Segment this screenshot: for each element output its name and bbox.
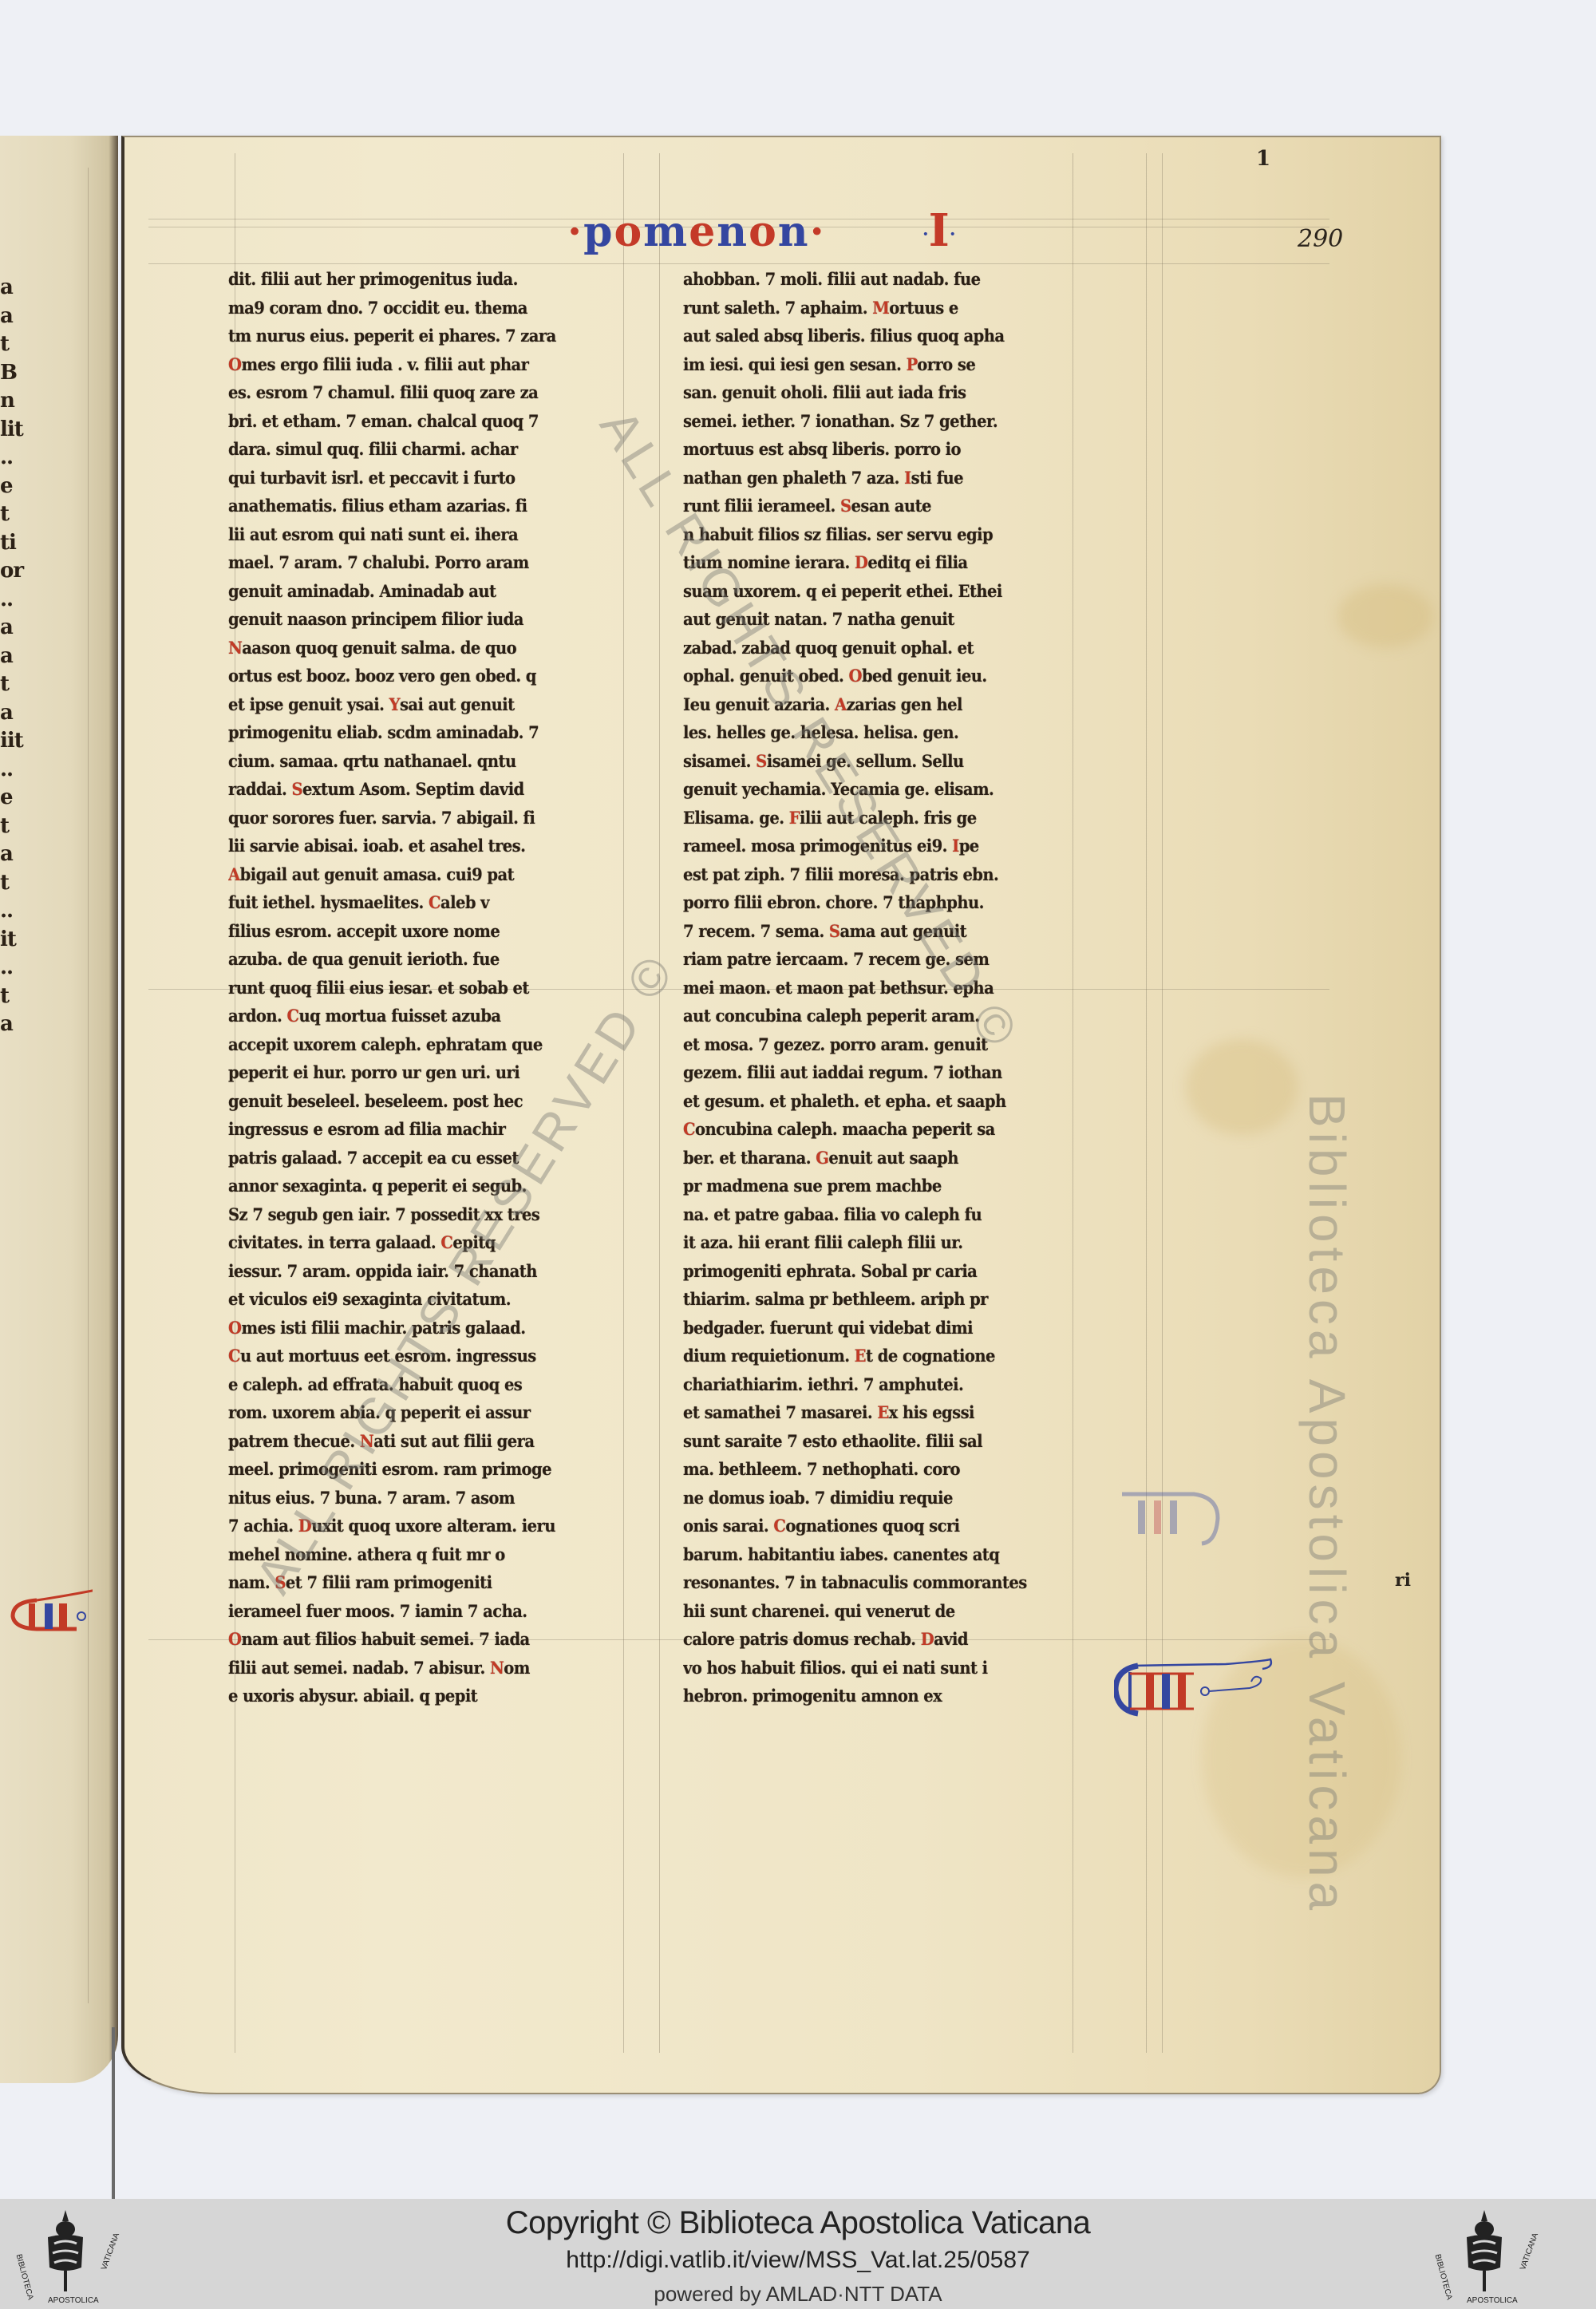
rubricated-letter: G	[816, 1148, 828, 1168]
rubricated-letter: Y	[389, 694, 400, 714]
manuscript-line: primogeniti ephrata. Sobal pr caria	[683, 1257, 1069, 1286]
rubricated-letter: E	[877, 1402, 888, 1422]
manuscript-line: riam patre iercaam. 7 recem ge. sem	[683, 945, 1069, 974]
manuscript-line: patrem thecue. Nati sut aut filii gera	[228, 1427, 614, 1456]
left-page-fragment: ..	[0, 899, 13, 923]
manuscript-line: fuit iethel. hysmaelites. Caleb v	[228, 888, 614, 917]
manuscript-line: genuit naason principem filior iuda	[228, 605, 614, 634]
rubricated-letter: S	[840, 496, 851, 516]
rubricated-letter: C	[683, 1119, 695, 1139]
running-title: ·pomenon·	[567, 208, 826, 256]
running-title-letter: n	[717, 208, 749, 256]
rubricated-letter: N	[490, 1658, 504, 1678]
running-title-letters: pomenon	[583, 208, 809, 256]
manuscript-line: runt quoq filii eius iesar. et sobab et	[228, 974, 614, 1002]
manuscript-line: it aza. hii erant filii caleph filii ur.	[683, 1228, 1069, 1257]
left-page-fragment: lit	[0, 417, 23, 441]
source-url[interactable]: http://digi.vatlib.it/view/MSS_Vat.lat.2…	[0, 2247, 1596, 2274]
manuscript-line: semei. iether. 7 ionathan. Sz 7 gether.	[683, 407, 1069, 436]
manuscript-line: sunt saraite 7 esto ethaolite. filii sal	[683, 1427, 1069, 1456]
left-page-fragment: t	[0, 871, 9, 895]
manuscript-line: onis sarai. Cognationes quoq scri	[683, 1512, 1069, 1540]
manuscript-line: pr madmena sue prem machbe	[683, 1172, 1069, 1200]
svg-text:APOSTOLICA: APOSTOLICA	[1467, 2296, 1518, 2305]
manuscript-line: na. et patre gabaa. filia vo caleph fu	[683, 1200, 1069, 1229]
left-page-fragment: or	[0, 559, 23, 583]
manuscript-line: vo hos habuit filios. qui ei nati sunt i	[683, 1654, 1069, 1682]
manuscript-line: genuit aminadab. Aminadab aut	[228, 577, 614, 606]
left-page-fragment: e	[0, 785, 13, 809]
manuscript-line: san. genuit oholi. filii aut iada fris	[683, 378, 1069, 407]
powered-by-text: powered by AMLAD·NTT DATA	[0, 2282, 1596, 2307]
manuscript-line: ortus est booz. booz vero gen obed. q	[228, 662, 614, 690]
rubricated-letter: C	[429, 892, 440, 912]
rubricated-letter: O	[228, 1629, 241, 1649]
running-title-letter: e	[689, 208, 717, 256]
left-page-fragment: a	[0, 644, 13, 668]
manuscript-line: filii aut semei. nadab. 7 abisur. Nom	[228, 1654, 614, 1682]
manuscript-line: Ieu genuit azaria. Azarias gen hel	[683, 690, 1069, 719]
manuscript-line: et ipse genuit ysai. Ysai aut genuit	[228, 690, 614, 719]
ruling-line	[1162, 153, 1163, 2053]
manuscript-line: iessur. 7 aram. oppida iair. 7 chanath	[228, 1257, 614, 1286]
copyright-text: Copyright © Biblioteca Apostolica Vatica…	[0, 2205, 1596, 2241]
manuscript-line: chariathiarim. iethri. 7 amphutei.	[683, 1370, 1069, 1399]
stain	[1337, 584, 1433, 648]
left-page-fragment: n	[0, 389, 14, 413]
manuscript-line: ardon. Cuq mortua fuisset azuba	[228, 1002, 614, 1030]
left-page-fragment: ..	[0, 445, 13, 469]
left-page-fragment: t	[0, 672, 9, 696]
chapter-initial-ii-icon	[5, 1584, 93, 1632]
running-title-letter: o	[749, 208, 778, 256]
text-column-right: ahobban. 7 moli. filii aut nadab. fuerun…	[683, 265, 1098, 1710]
manuscript-line: barum. habitantiu iabes. canentes atq	[683, 1540, 1069, 1569]
manuscript-line: sisamei. Sisamei ge. sellum. Sellu	[683, 747, 1069, 776]
manuscript-line: Sz 7 segub gen iair. 7 possedit xx tres	[228, 1200, 614, 1229]
rubricated-letter: N	[228, 638, 242, 658]
manuscript-line: aut saled absq liberis. filius quoq apha	[683, 322, 1069, 350]
left-page-fragment: ti	[0, 531, 16, 555]
manuscript-line: dara. simul quq. filii charmi. achar	[228, 435, 614, 464]
manuscript-line: mael. 7 aram. 7 chalubi. Porro aram	[228, 548, 614, 577]
manuscript-line: meel. primogeniti esrom. ram primoge	[228, 1455, 614, 1484]
rubricated-letter: C	[287, 1006, 299, 1026]
manuscript-line: ahobban. 7 moli. filii aut nadab. fue	[683, 265, 1069, 294]
folio-number: 290	[1298, 225, 1343, 253]
manuscript-line: es. esrom 7 chamul. filii quoq zare za	[228, 378, 614, 407]
manuscript-line: runt saleth. 7 aphaim. Mortuus e	[683, 294, 1069, 322]
manuscript-line: anathematis. filius etham azarias. fi	[228, 492, 614, 520]
manuscript-line: resonantes. 7 in tabnaculis commorantes	[683, 1568, 1069, 1597]
manuscript-line: Abigail aut genuit amasa. cui9 pat	[228, 860, 614, 889]
rubricated-letter: A	[835, 694, 847, 714]
left-page-fragment: ..	[0, 955, 13, 979]
watermark-line2: Biblioteca Apostolica Vaticana	[1298, 1093, 1357, 1915]
copyright-footer: BIBLIOTECA APOSTOLICA VATICANA Copyright…	[0, 2199, 1596, 2309]
rubricated-letter: C	[773, 1516, 785, 1536]
manuscript-line: azuba. de qua genuit ierioth. fue	[228, 945, 614, 974]
stain	[1186, 1039, 1298, 1135]
rubricated-letter: S	[291, 779, 302, 799]
manuscript-line: tm nurus eius. peperit ei phares. 7 zara	[228, 322, 614, 350]
manuscript-line: mortuus est absq liberis. porro io	[683, 435, 1069, 464]
rubricated-letter: O	[848, 666, 861, 686]
quire-mark: 1	[1256, 147, 1270, 171]
left-page-fragment: a	[0, 615, 13, 639]
manuscript-line: im iesi. qui iesi gen sesan. Porro se	[683, 350, 1069, 379]
manuscript-line: rom. uxorem abia. q peperit ei assur	[228, 1398, 614, 1427]
manuscript-line: et samathei 7 masarei. Ex his egssi	[683, 1398, 1069, 1427]
left-page-fragment: it	[0, 927, 16, 951]
rubricated-letter: I	[952, 836, 959, 856]
left-page-fragment: iit	[0, 729, 23, 753]
manuscript-folio: 1 ·pomenon· ·I· 290 dit. filii aut her p…	[121, 136, 1441, 2094]
rubricated-letter: S	[829, 921, 840, 941]
manuscript-line: civitates. in terra galaad. Cepitq	[228, 1228, 614, 1257]
running-title-letter: n	[778, 208, 810, 256]
manuscript-line: 7 recem. 7 sema. Sama aut genuit	[683, 917, 1069, 946]
rubricated-letter: E	[855, 1346, 866, 1366]
left-facing-page: aatBnlit..ettior..aataiit..etat..it..ta	[0, 136, 118, 2083]
manuscript-line: calore patris domus rechab. David	[683, 1625, 1069, 1654]
manuscript-line: hii sunt charenei. qui venerut de	[683, 1597, 1069, 1626]
manuscript-line: primogenitu eliab. scdm aminadab. 7	[228, 718, 614, 747]
manuscript-line: raddai. Sextum Asom. Septim david	[228, 775, 614, 804]
book-number: ·I·	[922, 204, 956, 257]
manuscript-line: ierameel fuer moos. 7 iamin 7 acha.	[228, 1597, 614, 1626]
vatican-library-seal-icon: BIBLIOTECA APOSTOLICA VATICANA	[1428, 2204, 1540, 2306]
left-page-fragment: t	[0, 984, 9, 1008]
left-page-fragment: ..	[0, 587, 13, 611]
bleedthrough-initial-icon	[1114, 1486, 1226, 1550]
manuscript-line: gezem. filii aut iaddai regum. 7 iothan	[683, 1058, 1069, 1087]
rubricated-letter: I	[904, 468, 911, 488]
ruling-line	[88, 168, 89, 2003]
manuscript-line: qui turbavit isrl. et peccavit i furto	[228, 464, 614, 492]
chapter-initial-iii-icon	[1114, 1658, 1274, 1722]
manuscript-line: filius esrom. accepit uxore nome	[228, 917, 614, 946]
rubricated-letter: C	[228, 1346, 240, 1366]
rubricated-letter: S	[756, 751, 767, 771]
left-page-fragment: e	[0, 474, 13, 498]
manuscript-line: runt filii ierameel. Sesan aute	[683, 492, 1069, 520]
left-page-fragment: a	[0, 701, 13, 725]
manuscript-line: lii sarvie abisai. ioab. et asahel tres.	[228, 832, 614, 860]
manuscript-line: Onam aut filios habuit semei. 7 iada	[228, 1625, 614, 1654]
manuscript-line: lii aut esrom qui nati sunt ei. ihera	[228, 520, 614, 549]
manuscript-line: porro filii ebron. chore. 7 thaphphu.	[683, 888, 1069, 917]
rubricated-letter: O	[228, 1318, 241, 1338]
manuscript-line: bri. et etham. 7 eman. chalcal quoq 7	[228, 407, 614, 436]
left-page-fragment: a	[0, 1012, 13, 1036]
left-page-fragment: a	[0, 842, 13, 866]
manuscript-line: accepit uxorem caleph. ephratam que	[228, 1030, 614, 1059]
manuscript-line: ber. et tharana. Genuit aut saaph	[683, 1144, 1069, 1172]
left-page-fragment: B	[0, 361, 17, 385]
rubricated-letter: D	[921, 1629, 934, 1649]
manuscript-line: et gesum. et phaleth. et epha. et saaph	[683, 1087, 1069, 1116]
svg-text:VATICANA: VATICANA	[1519, 2232, 1540, 2271]
manuscript-line: Omes ergo filii iuda . v. filii aut phar	[228, 350, 614, 379]
manuscript-line: quor sorores fuer. sarvia. 7 abigail. fi	[228, 804, 614, 832]
manuscript-line: ma. bethleem. 7 nethophati. coro	[683, 1455, 1069, 1484]
text-column-left: dit. filii aut her primogenitus iuda.ma9…	[228, 265, 643, 1710]
manuscript-line: ma9 coram dno. 7 occidit eu. thema	[228, 294, 614, 322]
manuscript-line: les. helles ge. helesa. helisa. gen.	[683, 718, 1069, 747]
rubricated-letter: A	[228, 864, 240, 884]
margin-note: ri	[1395, 1570, 1411, 1591]
manuscript-line: n habuit filios sz filias. ser servu egi…	[683, 520, 1069, 549]
rubricated-letter: O	[228, 354, 241, 374]
manuscript-line: dium requietionum. Et de cognatione	[683, 1342, 1069, 1370]
left-page-fragment: t	[0, 502, 9, 526]
ruling-line	[148, 263, 1329, 264]
manuscript-line: thiarim. salma pr bethleem. ariph pr	[683, 1285, 1069, 1314]
manuscript-line: bedgader. fuerunt qui videbat dimi	[683, 1314, 1069, 1342]
rubricated-letter: D	[855, 552, 867, 572]
manuscript-line: Naason quoq genuit salma. de quo	[228, 634, 614, 662]
manuscript-line: Concubina caleph. maacha peperit sa	[683, 1115, 1069, 1144]
left-page-fragment: a	[0, 304, 13, 328]
rubricated-letter: F	[789, 808, 800, 828]
left-page-fragment: t	[0, 332, 9, 356]
ruling-line	[1146, 153, 1147, 2053]
manuscript-line: dit. filii aut her primogenitus iuda.	[228, 265, 614, 294]
left-page-fragment: a	[0, 275, 13, 299]
manuscript-line: cium. samaa. qrtu nathanael. qntu	[228, 747, 614, 776]
manuscript-line: nathan gen phaleth 7 aza. Isti fue	[683, 464, 1069, 492]
manuscript-line: ne domus ioab. 7 dimidiu requie	[683, 1484, 1069, 1512]
manuscript-line: e uxoris abysur. abiail. q pepit	[228, 1682, 614, 1710]
rubricated-letter: M	[872, 298, 889, 318]
running-title-letter: p	[583, 208, 614, 256]
binding-edge	[112, 2027, 115, 2199]
running-title-letter: o	[614, 208, 643, 256]
left-page-fragment: t	[0, 814, 9, 838]
rubricated-letter: P	[907, 354, 918, 374]
manuscript-line: hebron. primogenitu amnon ex	[683, 1682, 1069, 1710]
running-title-letter: m	[643, 208, 689, 256]
left-page-fragment: ..	[0, 757, 13, 781]
svg-text:BIBLIOTECA: BIBLIOTECA	[1433, 2253, 1454, 2301]
